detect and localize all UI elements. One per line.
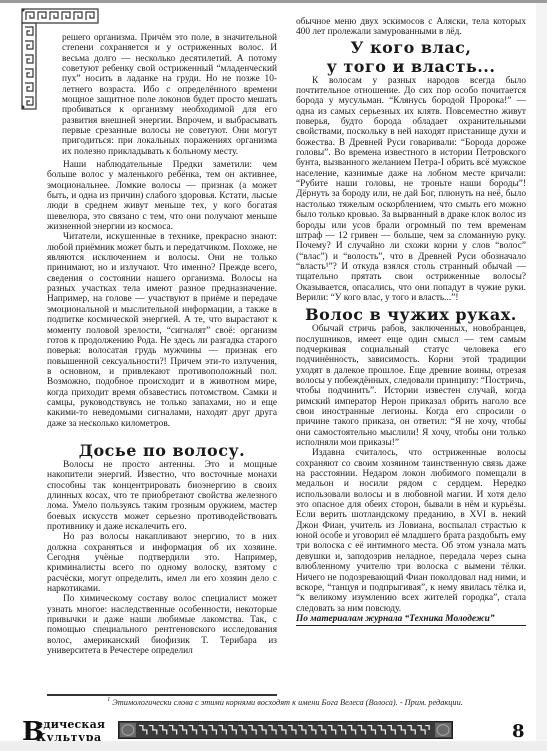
logo-line1: едическая xyxy=(36,719,105,731)
paragraph: Но раз волосы накапливают энергию, то в … xyxy=(47,532,277,594)
footnote-marker: 1 xyxy=(107,697,110,703)
source-attribution: По материалам журнала “Техника Молодежи” xyxy=(296,614,526,626)
paragraph: Наши наблюдательные Предки заметили: чем… xyxy=(47,160,277,232)
section-heading-vlas-line1: У кого влас, xyxy=(296,38,526,57)
magazine-page: решего организма. Причём это поле, в зна… xyxy=(0,3,536,741)
footnote-text: Этимологически слова с этими корнями вос… xyxy=(112,698,463,707)
paragraph: По химическому составу волос специалист … xyxy=(47,594,277,656)
footnote: 1 Этимологически слова с этими корнями в… xyxy=(40,697,530,707)
page-number: 8 xyxy=(512,721,525,742)
paragraph: решего организма. Причём это поле, в зна… xyxy=(62,33,277,157)
section-heading-vlas-line2: у того и власть... xyxy=(296,57,526,76)
right-column: обычное меню двух эскимосов с Аляски, те… xyxy=(296,17,526,626)
section-heading-dossier: Досье по волосу. xyxy=(47,441,277,460)
left-column-body: Наши наблюдательные Предки заметили: чем… xyxy=(47,160,277,656)
paragraph: Издавна считалось, что остриженные волос… xyxy=(296,448,526,614)
ornamental-band-icon xyxy=(118,721,453,739)
paragraph: Читатели, искушенные в технике, прекрасн… xyxy=(47,232,277,429)
left-column-top: решего организма. Причём это поле, в зна… xyxy=(62,33,277,157)
bottom-edge xyxy=(0,741,547,751)
section-heading-foreign-hands: Волос в чужих руках. xyxy=(296,305,526,324)
paragraph: Обычай стричь рабов, заключенных, новобр… xyxy=(296,324,526,448)
right-edge xyxy=(536,3,547,741)
paragraph: Волосы не просто антенны. Это и мощные н… xyxy=(47,460,277,532)
paragraph: К волосам у разных народов всегда было п… xyxy=(296,76,526,304)
footnote-divider xyxy=(47,694,277,696)
paragraph: обычное меню двух эскимосов с Аляски, те… xyxy=(296,17,526,38)
